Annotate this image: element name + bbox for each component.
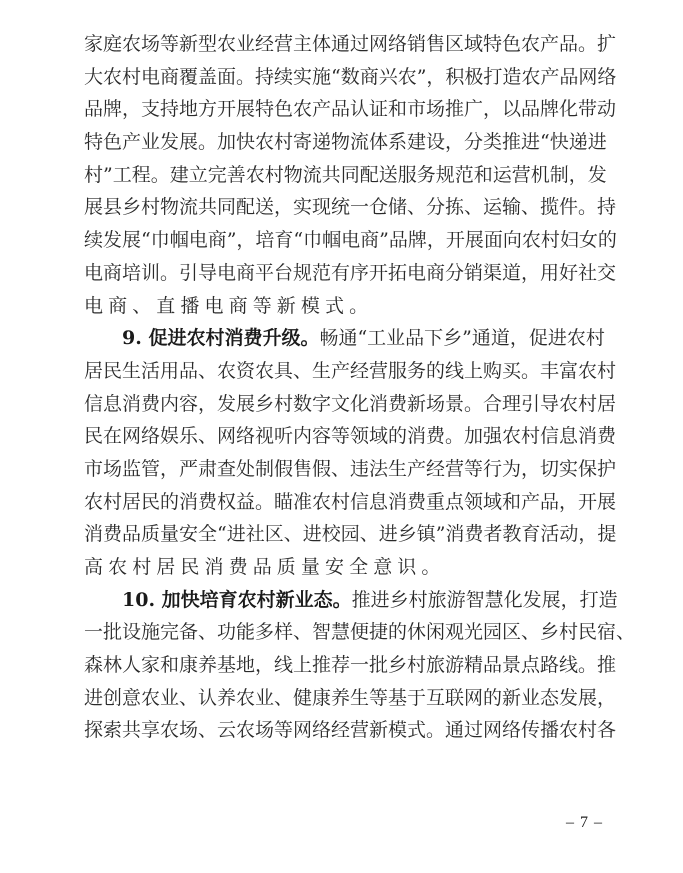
text-line: 续发展“巾帼电商”，培育“巾帼电商”品牌，开展面向农村妇女的 (84, 224, 598, 257)
text-line: 家庭农场等新型农业经营主体通过网络销售区域特色农产品。扩 (84, 28, 598, 61)
text-line: 农村居民的消费权益。瞄准农村信息消费重点领域和产品，开展 (84, 486, 598, 519)
text-run: 推进乡村旅游智慧化发展，打造 (352, 589, 618, 611)
page-number: – 7 – (566, 814, 603, 832)
text-line: 村”工程。建立完善农村物流共同配送服务规范和运营机制，发 (84, 159, 598, 192)
paragraph-first-line: 10. 加快培育农村新业态。推进乡村旅游智慧化发展，打造 (84, 584, 598, 617)
text-line: 高农村居民消费品质量安全意识。 (84, 551, 598, 584)
text-line: 探索共享农场、云农场等网络经营新模式。通过网络传播农村各 (84, 714, 598, 747)
text-line: 品牌，支持地方开展特色农产品认证和市场推广，以品牌化带动 (84, 93, 598, 126)
text-line: 消费品质量安全“进社区、进校园、进乡镇”消费者教育活动，提 (84, 518, 598, 551)
paragraph-10-new-rural-business: 10. 加快培育农村新业态。推进乡村旅游智慧化发展，打造 一批设施完备、功能多样… (84, 584, 598, 747)
text-line: 特色产业发展。加快农村寄递物流体系建设，分类推进“快递进 (84, 126, 598, 159)
text-line: 大农村电商覆盖面。持续实施“数商兴农”，积极打造农产品网络 (84, 61, 598, 94)
text-line: 信息消费内容，发展乡村数字文化消费新场景。合理引导农村居 (84, 388, 598, 421)
text-run: 畅通“工业品下乡”通道，促进农村 (319, 327, 604, 349)
text-line: 电商、直播电商等新模式。 (84, 290, 598, 323)
paragraph-9-rural-consumption: 9. 促进农村消费升级。畅通“工业品下乡”通道，促进农村 居民生活用品、农资农具… (84, 322, 598, 584)
paragraph-first-line: 9. 促进农村消费升级。畅通“工业品下乡”通道，促进农村 (84, 322, 598, 355)
document-page: 家庭农场等新型农业经营主体通过网络销售区域特色农产品。扩 大农村电商覆盖面。持续… (0, 0, 683, 873)
section-heading-10: 10. 加快培育农村新业态。 (122, 589, 352, 611)
text-line: 电商培训。引导电商平台规范有序开拓电商分销渠道，用好社交 (84, 257, 598, 290)
paragraph-rural-ecommerce: 家庭农场等新型农业经营主体通过网络销售区域特色农产品。扩 大农村电商覆盖面。持续… (84, 28, 598, 322)
text-line: 进创意农业、认养农业、健康养生等基于互联网的新业态发展， (84, 682, 598, 715)
body-text: 家庭农场等新型农业经营主体通过网络销售区域特色农产品。扩 大农村电商覆盖面。持续… (84, 28, 598, 747)
text-line: 一批设施完备、功能多样、智慧便捷的休闲观光园区、乡村民宿、 (84, 616, 598, 649)
text-line: 森林人家和康养基地，线上推荐一批乡村旅游精品景点路线。推 (84, 649, 598, 682)
text-line: 居民生活用品、农资农具、生产经营服务的线上购买。丰富农村 (84, 355, 598, 388)
text-line: 市场监管，严肃查处制假售假、违法生产经营等行为，切实保护 (84, 453, 598, 486)
text-line: 民在网络娱乐、网络视听内容等领域的消费。加强农村信息消费 (84, 420, 598, 453)
text-line: 展县乡村物流共同配送，实现统一仓储、分拣、运输、揽件。持 (84, 191, 598, 224)
section-heading-9: 9. 促进农村消费升级。 (122, 327, 319, 349)
